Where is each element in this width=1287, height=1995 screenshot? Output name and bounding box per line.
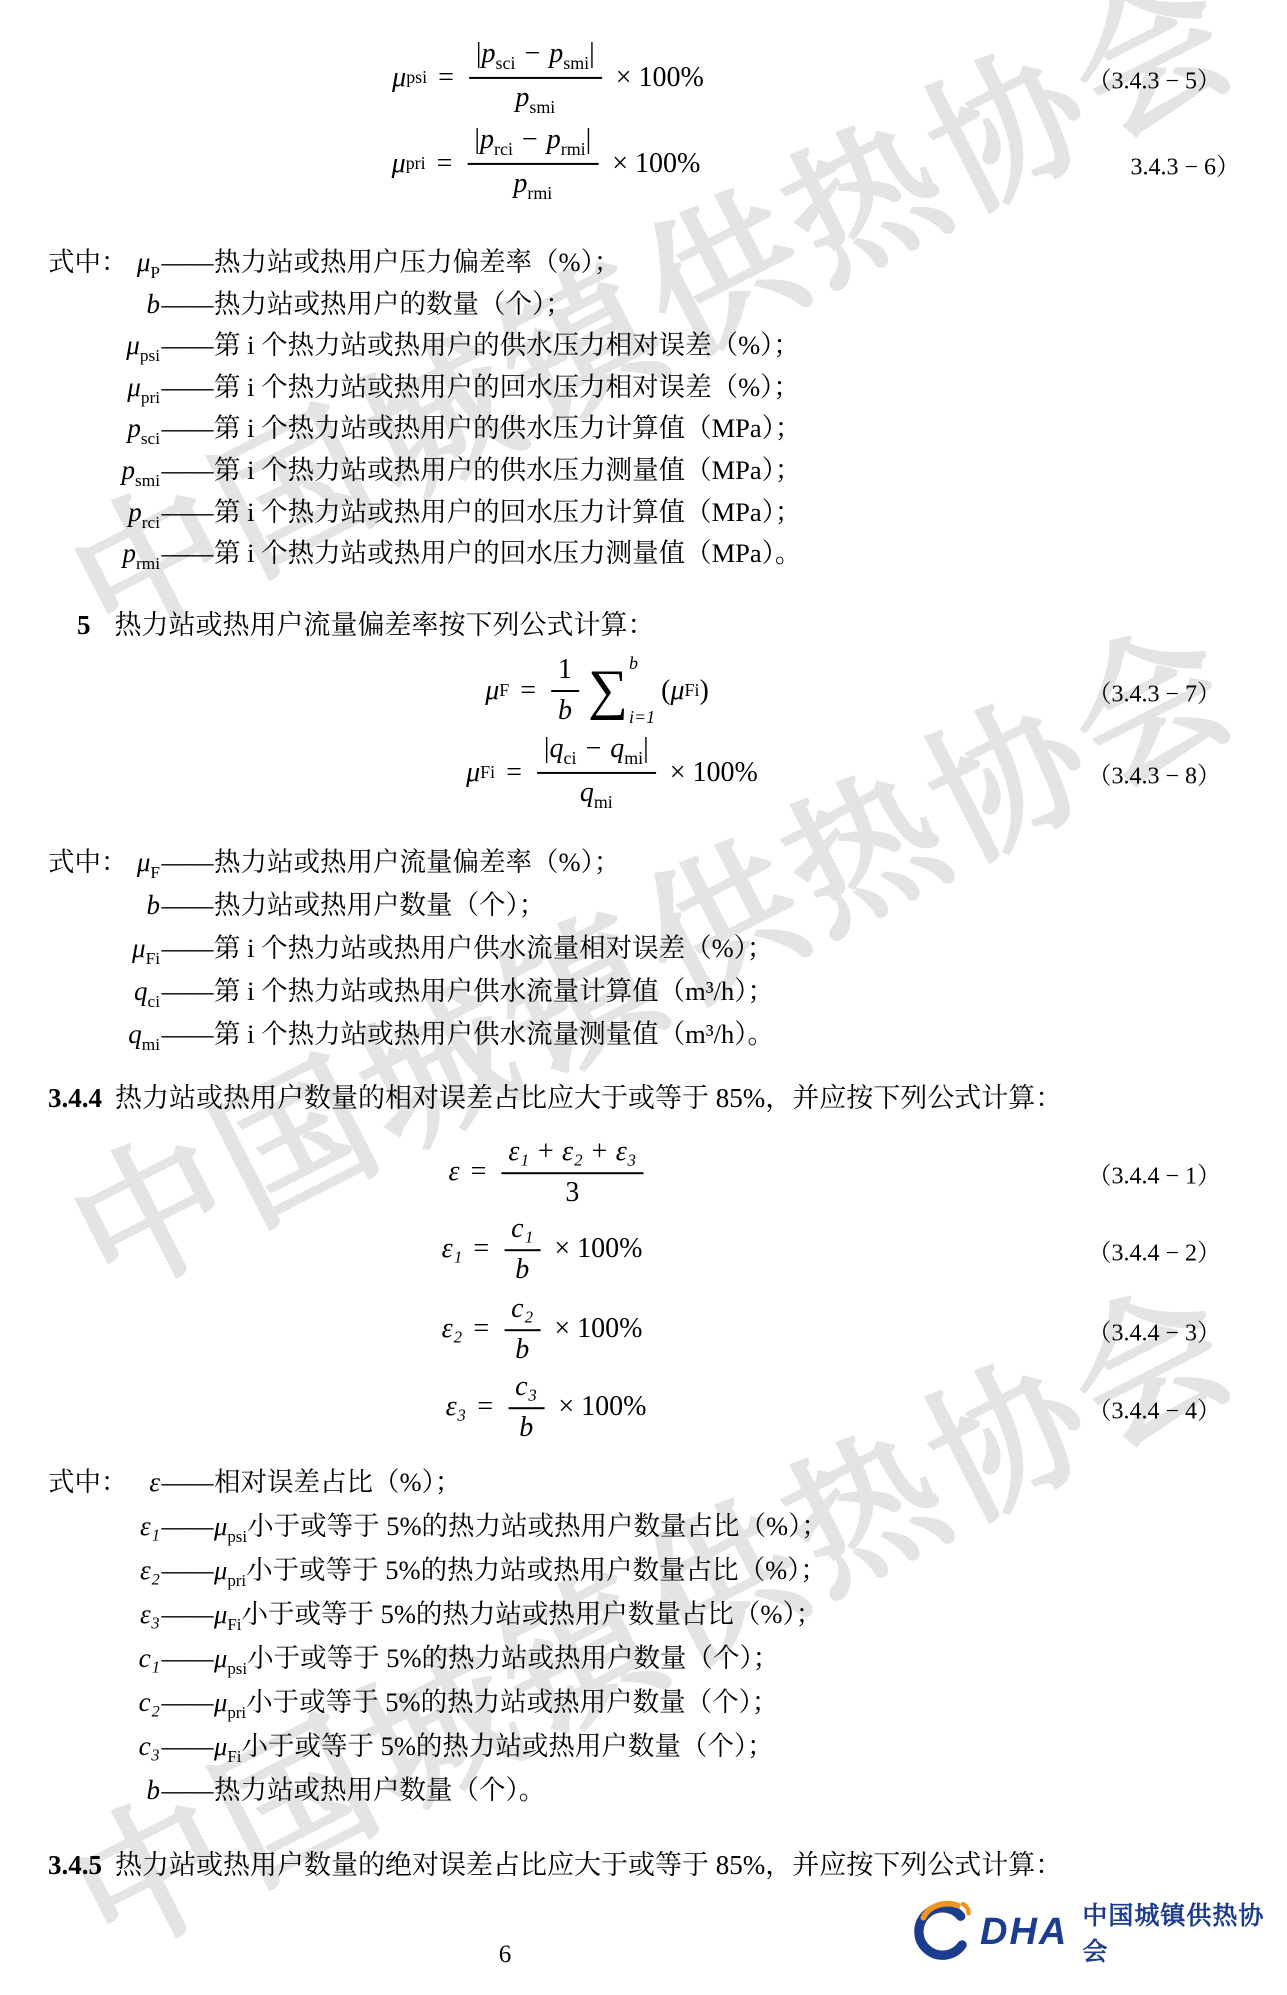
- definition-row: μpsi——第 i 个热力站或热用户的供水压力相对误差（%）；: [48, 325, 1257, 367]
- definition-row: b——热力站或热用户的数量（个）；: [48, 284, 1257, 326]
- symbol-description: 热力站或热用户数量（个）；: [214, 890, 545, 920]
- formula-3-4-4-2: ε₁ = c₁ b × 100% （3.4.4 − 2）: [0, 1214, 1287, 1286]
- equation: μpsi = |psci−psmi| psmi × 100%: [392, 39, 704, 117]
- symbol-term: μpsi: [112, 325, 160, 367]
- symbol-term: μFi: [112, 927, 160, 970]
- fraction: 1 b: [551, 655, 579, 727]
- equation: ε₃ = c₃ b × 100%: [446, 1372, 647, 1444]
- equation: μFi = |qci−qmi| qmi × 100%: [466, 734, 758, 812]
- symbol-term: μpri: [112, 367, 160, 409]
- equation: μF = 1 b ∑ b i=1 (μFi): [485, 654, 709, 728]
- definition-row: c₁——μpsi小于或等于 5%的热力站或热用户数量（个）；: [48, 1636, 1257, 1680]
- document-page: 中国城镇供热协会 中国城镇供热协会 中国城镇供热协会 μpsi = |psci−…: [0, 0, 1287, 1995]
- equation: μpri = |prci−prmi| prmi × 100%: [392, 125, 701, 203]
- page-number: 6: [0, 1941, 1010, 1969]
- definition-row: psmi——第 i 个热力站或热用户的供水压力测量值（MPa）；: [48, 450, 1257, 492]
- logo-chinese-text: 中国城镇供热协会: [1082, 1896, 1287, 1968]
- formula-lhs: ε: [449, 1158, 460, 1189]
- definition-row: prmi——第 i 个热力站或热用户的回水压力测量值（MPa）。: [48, 533, 1257, 575]
- symbol-description: 第 i 个热力站或热用户供水流量相对误差（%）；: [214, 933, 773, 963]
- formula-3-4-4-3: ε₂ = c₂ b × 100% （3.4.4 − 3）: [0, 1294, 1287, 1366]
- fraction: |prci−prmi| prmi: [467, 125, 598, 203]
- symbol-term: c₂: [112, 1680, 160, 1724]
- clause-number: 3.4.5: [48, 1850, 102, 1880]
- equation: ε₂ = c₂ b × 100%: [442, 1294, 643, 1366]
- clause-text: 热力站或热用户流量偏差率按下列公式计算：: [115, 610, 655, 640]
- equation: ε = ε₁ + ε₂ + ε₃ 3: [449, 1137, 648, 1209]
- symbol-term: ε₂: [112, 1548, 160, 1592]
- equation-number: （3.4.3 − 7）: [1087, 674, 1221, 709]
- symbol-term: prmi: [112, 533, 160, 575]
- equation: ε₁ = c₁ b × 100%: [442, 1214, 643, 1286]
- formula-lhs: μ: [392, 149, 406, 180]
- equation-number: 3.4.3 − 6）: [1130, 147, 1240, 182]
- symbol-term: prci: [112, 492, 160, 534]
- symbol-term: c₃: [112, 1724, 160, 1768]
- where-label: 式中：: [48, 1460, 112, 1504]
- clause-3-4-4-heading: 3.4.4热力站或热用户数量的相对误差占比应大于或等于 85%，并应按下列公式计…: [48, 1076, 1062, 1115]
- formula-lhs: μ: [466, 758, 480, 789]
- clause-number: 3.4.4: [48, 1083, 102, 1113]
- definition-row: μpri——第 i 个热力站或热用户的回水压力相对误差（%）；: [48, 367, 1257, 409]
- formula-lhs: μ: [485, 676, 499, 707]
- fraction: c₁ b: [504, 1214, 540, 1286]
- symbol-description: μpri小于或等于 5%的热力站或热用户数量占比（%）；: [214, 1555, 827, 1585]
- symbol-description: μFi小于或等于 5%的热力站或热用户数量（个）；: [214, 1731, 774, 1761]
- definition-row: μFi——第 i 个热力站或热用户供水流量相对误差（%）；: [48, 927, 1257, 970]
- symbol-description: 热力站或热用户数量（个）。: [214, 1775, 545, 1805]
- symbol-term: psci: [112, 408, 160, 450]
- symbol-description: 第 i 个热力站或热用户供水流量测量值（m³/h）。: [214, 1019, 774, 1049]
- definition-row: c₃——μFi小于或等于 5%的热力站或热用户数量（个）；: [48, 1724, 1257, 1768]
- formula-3-4-3-5: μpsi = |psci−psmi| psmi × 100% （3.4.3 − …: [0, 36, 1287, 120]
- symbol-term: b: [112, 1768, 160, 1812]
- page-content: μpsi = |psci−psmi| psmi × 100% （3.4.3 − …: [0, 0, 1287, 1995]
- symbol-description: 热力站或热用户的数量（个）；: [214, 289, 572, 319]
- definition-row: ε₁——μpsi小于或等于 5%的热力站或热用户数量占比（%）；: [48, 1504, 1257, 1548]
- fraction: |psci−psmi| psmi: [469, 39, 602, 117]
- logo-latin-text: DHA: [980, 1911, 1068, 1954]
- clause-text: 热力站或热用户数量的相对误差占比应大于或等于 85%，并应按下列公式计算：: [115, 1083, 1062, 1113]
- symbol-term: ε₁: [112, 1504, 160, 1548]
- symbol-term: b: [112, 284, 160, 326]
- symbol-description: μpsi小于或等于 5%的热力站或热用户数量占比（%）；: [214, 1511, 828, 1541]
- equation-number: （3.4.4 − 4）: [1087, 1391, 1221, 1426]
- clause-text: 热力站或热用户数量的绝对误差占比应大于或等于 85%，并应按下列公式计算：: [115, 1850, 1062, 1880]
- equation-number: （3.4.4 − 2）: [1087, 1233, 1221, 1268]
- symbol-term: ε: [112, 1460, 160, 1504]
- symbol-term: μF: [112, 841, 160, 884]
- formula-lhs: ε₂: [442, 1315, 463, 1346]
- where-label: 式中：: [48, 242, 112, 284]
- formula-3-4-3-8: μFi = |qci−qmi| qmi × 100% （3.4.3 − 8）: [0, 732, 1287, 814]
- definition-list-ratio: 式中：ε——相对误差占比（%）； ε₁——μpsi小于或等于 5%的热力站或热用…: [48, 1460, 1257, 1812]
- symbol-term: b: [112, 884, 160, 927]
- definition-row: 式中：ε——相对误差占比（%）；: [48, 1460, 1257, 1504]
- equation-number: （3.4.3 − 5）: [1087, 61, 1221, 96]
- clause-5-heading: 5热力站或热用户流量偏差率按下列公式计算：: [77, 603, 655, 642]
- cdha-logo-icon: [906, 1899, 978, 1965]
- symbol-term: c₁: [112, 1636, 160, 1680]
- definition-list-pressure: 式中：μP——热力站或热用户压力偏差率（%）； b——热力站或热用户的数量（个）…: [48, 242, 1257, 575]
- symbol-term: psmi: [112, 450, 160, 492]
- symbol-description: 热力站或热用户流量偏差率（%）；: [214, 847, 620, 877]
- symbol-description: 第 i 个热力站或热用户的供水压力相对误差（%）；: [214, 330, 800, 360]
- clause-number: 5: [77, 610, 91, 640]
- definition-row: prci——第 i 个热力站或热用户的回水压力计算值（MPa）；: [48, 492, 1257, 534]
- equation-number: （3.4.4 − 1）: [1087, 1156, 1221, 1191]
- definition-row: c₂——μpri小于或等于 5%的热力站或热用户数量（个）；: [48, 1680, 1257, 1724]
- formula-3-4-4-4: ε₃ = c₃ b × 100% （3.4.4 − 4）: [0, 1372, 1287, 1444]
- fraction: ε₁ + ε₂ + ε₃ 3: [501, 1137, 643, 1209]
- symbol-term: qmi: [112, 1013, 160, 1056]
- summation-limits: b i=1: [629, 654, 655, 728]
- association-logo: DHA 中国城镇供热协会: [906, 1896, 1287, 1968]
- fraction: c₃ b: [508, 1372, 544, 1444]
- formula-lhs: ε₃: [446, 1393, 467, 1424]
- formula-3-4-3-6: μpri = |prci−prmi| prmi × 100% 3.4.3 − 6…: [0, 122, 1287, 206]
- symbol-description: 第 i 个热力站或热用户的回水压力相对误差（%）；: [214, 372, 800, 402]
- symbol-description: μpri小于或等于 5%的热力站或热用户数量（个）；: [214, 1687, 778, 1717]
- definition-row: qci——第 i 个热力站或热用户供水流量计算值（m³/h）；: [48, 970, 1257, 1013]
- symbol-description: 第 i 个热力站或热用户的供水压力测量值（MPa）；: [214, 455, 801, 485]
- definition-row: ε₂——μpri小于或等于 5%的热力站或热用户数量占比（%）；: [48, 1548, 1257, 1592]
- formula-3-4-3-7: μF = 1 b ∑ b i=1 (μFi) （3.4.3 − 7）: [0, 650, 1287, 732]
- fraction: c₂ b: [504, 1294, 540, 1366]
- symbol-term: qci: [112, 970, 160, 1013]
- fraction: |qci−qmi| qmi: [537, 734, 656, 812]
- symbol-term: ε₃: [112, 1592, 160, 1636]
- symbol-term: μP: [112, 242, 160, 284]
- formula-3-4-4-1: ε = ε₁ + ε₂ + ε₃ 3 （3.4.4 − 1）: [0, 1136, 1287, 1210]
- where-label: 式中：: [48, 841, 112, 884]
- symbol-description: 第 i 个热力站或热用户的回水压力计算值（MPa）；: [214, 497, 801, 527]
- equation-number: （3.4.3 − 8）: [1087, 756, 1221, 791]
- definition-row: ε₃——μFi小于或等于 5%的热力站或热用户数量占比（%）；: [48, 1592, 1257, 1636]
- symbol-description: μpsi小于或等于 5%的热力站或热用户数量（个）；: [214, 1643, 779, 1673]
- symbol-description: 第 i 个热力站或热用户的回水压力测量值（MPa）。: [214, 538, 801, 568]
- definition-row: b——热力站或热用户数量（个）。: [48, 1768, 1257, 1812]
- symbol-description: 相对误差占比（%）；: [214, 1467, 461, 1497]
- formula-lhs: μ: [392, 63, 406, 94]
- equation-number: （3.4.4 − 3）: [1087, 1313, 1221, 1348]
- symbol-description: 第 i 个热力站或热用户供水流量计算值（m³/h）；: [214, 976, 774, 1006]
- symbol-description: μFi小于或等于 5%的热力站或热用户数量占比（%）；: [214, 1599, 822, 1629]
- formula-lhs: ε₁: [442, 1235, 463, 1266]
- summation-icon: ∑: [588, 664, 628, 717]
- definition-row: qmi——第 i 个热力站或热用户供水流量测量值（m³/h）。: [48, 1013, 1257, 1056]
- symbol-description: 第 i 个热力站或热用户的供水压力计算值（MPa）；: [214, 413, 801, 443]
- definition-list-flow: 式中：μF——热力站或热用户流量偏差率（%）； b——热力站或热用户数量（个）；…: [48, 841, 1257, 1056]
- definition-row: psci——第 i 个热力站或热用户的供水压力计算值（MPa）；: [48, 408, 1257, 450]
- symbol-description: 热力站或热用户压力偏差率（%）；: [214, 247, 620, 277]
- definition-row: b——热力站或热用户数量（个）；: [48, 884, 1257, 927]
- definition-row: 式中：μP——热力站或热用户压力偏差率（%）；: [48, 242, 1257, 284]
- definition-row: 式中：μF——热力站或热用户流量偏差率（%）；: [48, 841, 1257, 884]
- clause-3-4-5-heading: 3.4.5热力站或热用户数量的绝对误差占比应大于或等于 85%，并应按下列公式计…: [48, 1843, 1062, 1882]
